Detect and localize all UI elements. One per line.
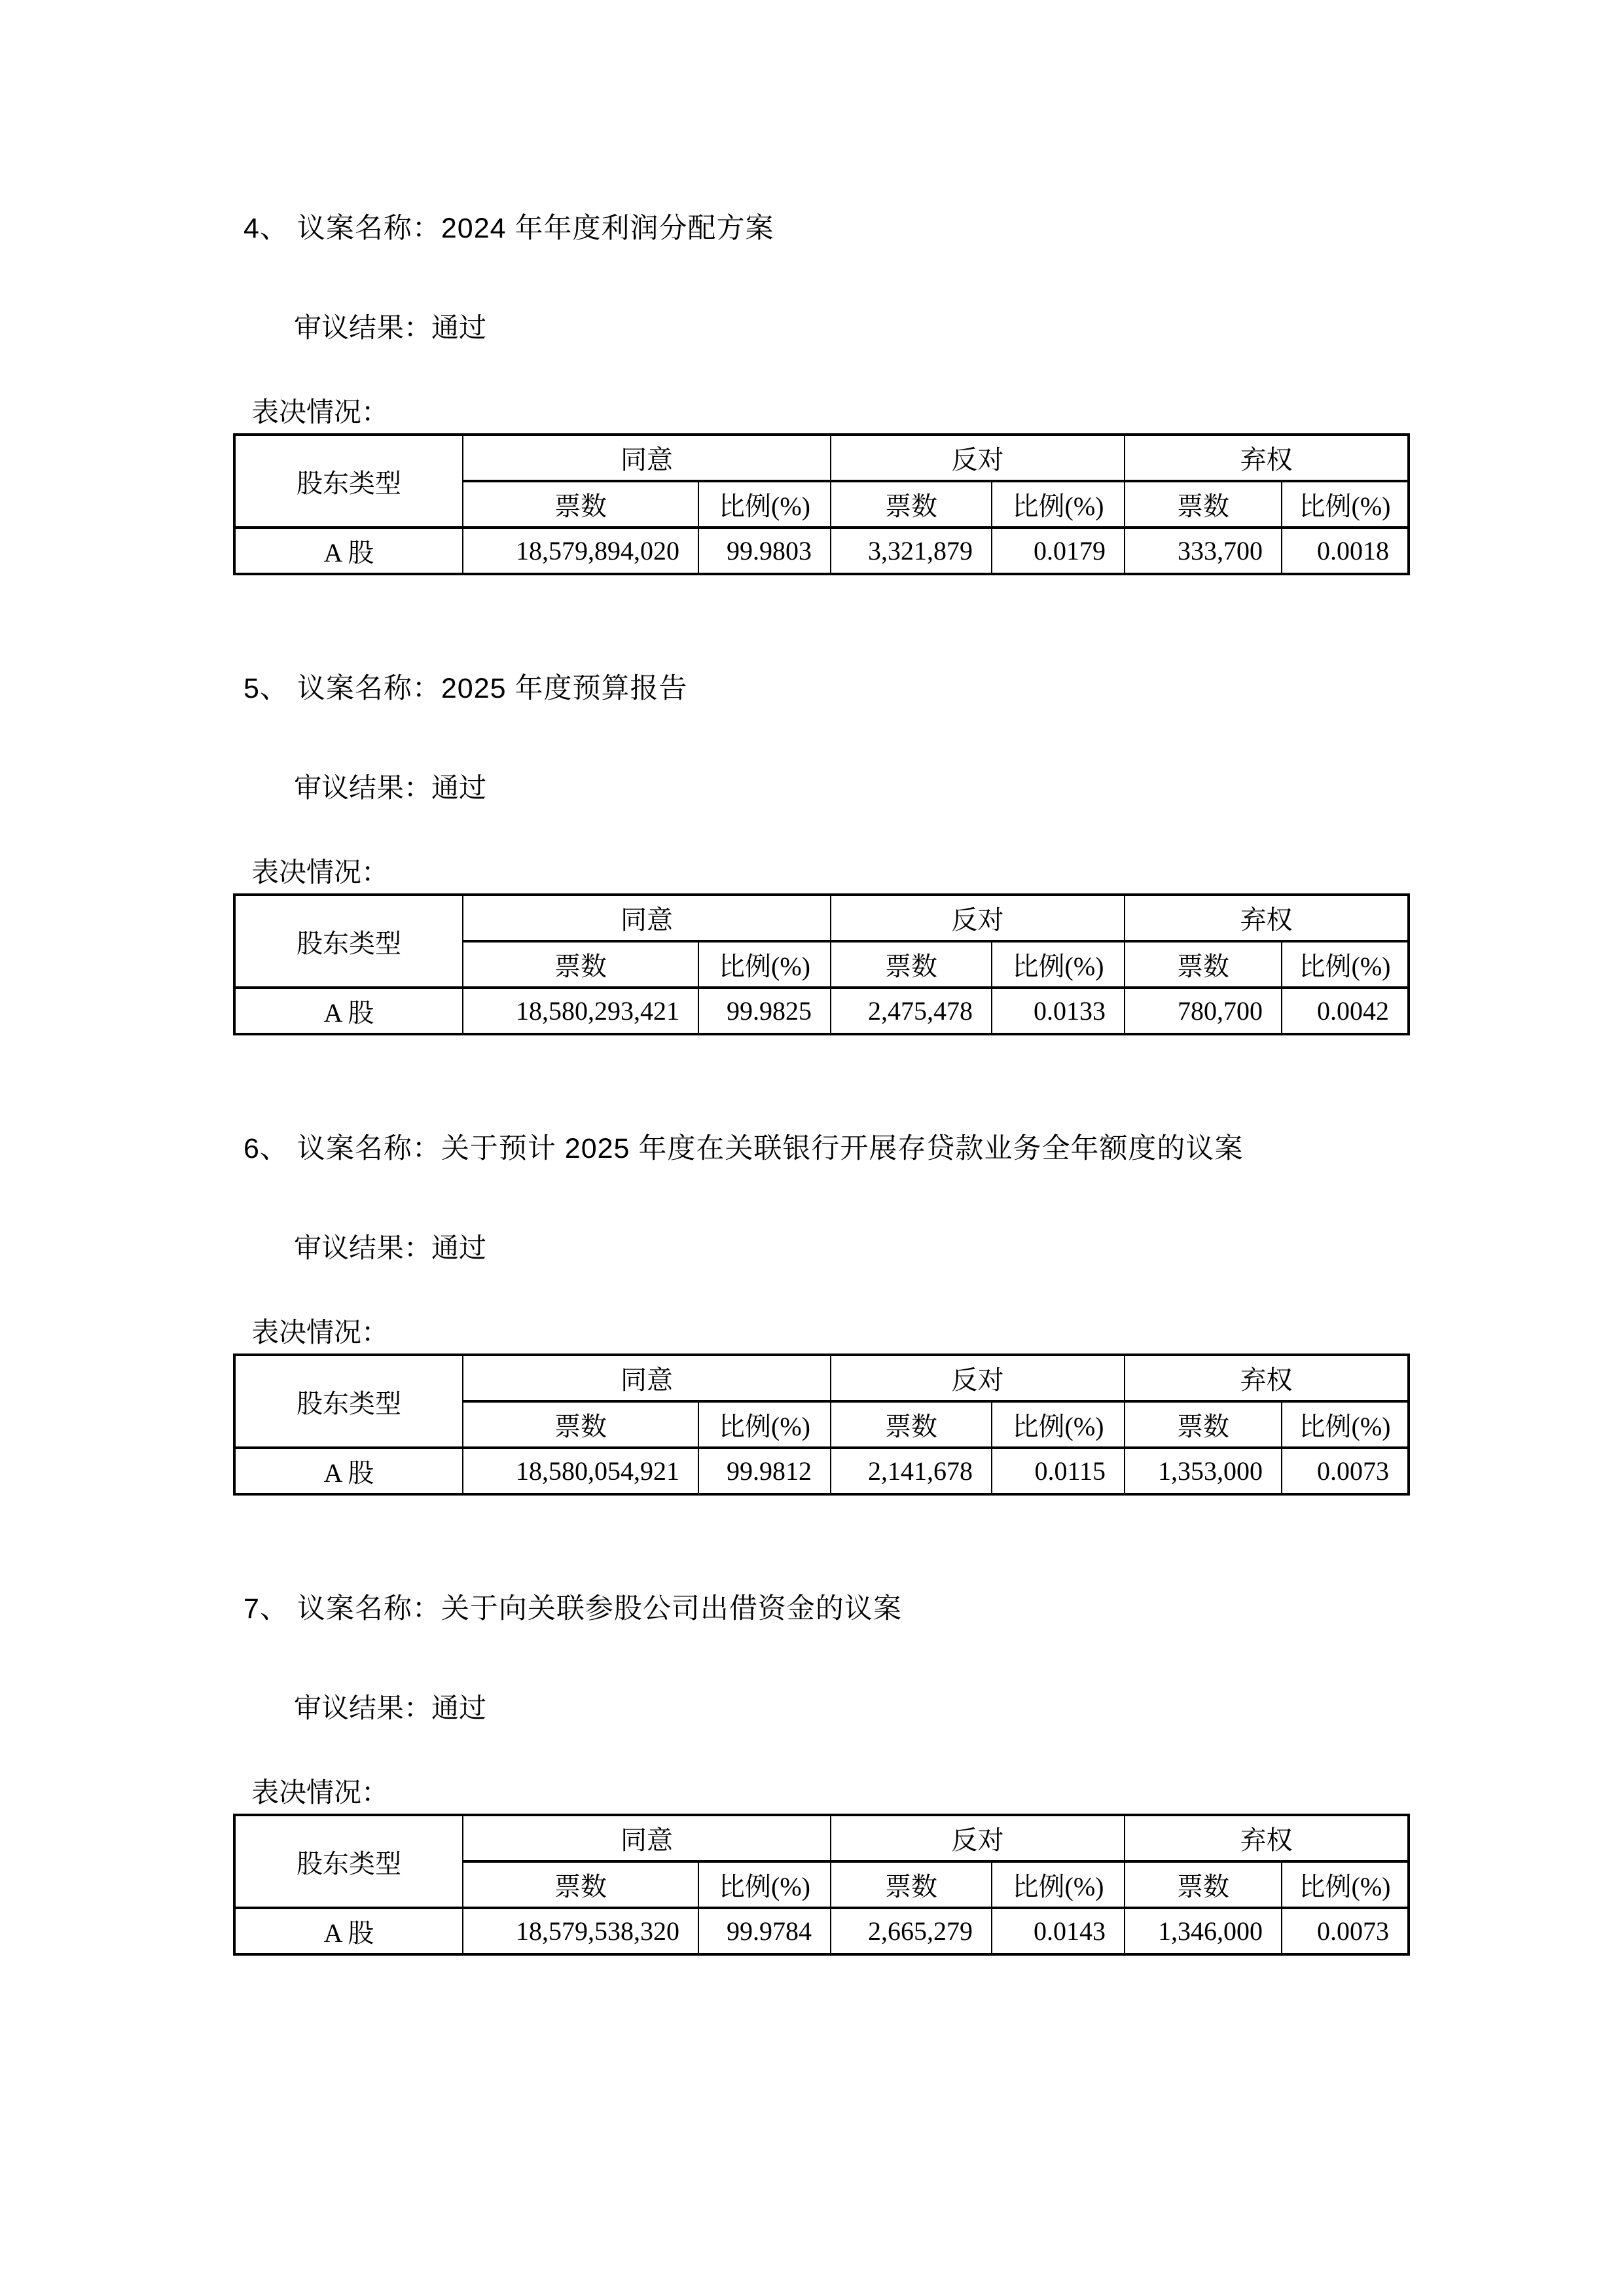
abstain-ratio-cell: 0.0018 [1282,528,1409,574]
abstain-ratio-cell: 0.0073 [1282,1448,1409,1494]
col-abstain: 弃权 [1125,435,1409,481]
col-agree: 同意 [463,895,831,941]
col-agree-ratio: 比例(%) [698,1401,831,1448]
abstain-votes-cell: 1,353,000 [1125,1448,1282,1494]
review-result: 审议结果：通过 [294,774,1407,804]
col-abstain: 弃权 [1125,1815,1409,1861]
table-row: A 股 18,579,538,320 99.9784 2,665,279 0.0… [234,1908,1409,1954]
against-votes-cell: 2,665,279 [831,1908,992,1954]
col-against-ratio: 比例(%) [992,481,1125,528]
col-against-votes: 票数 [831,1401,992,1448]
col-against: 反对 [831,1355,1125,1401]
proposal-title: 7、 议案名称：关于向关联参股公司出借资金的议案 [244,1594,1407,1624]
col-agree-ratio: 比例(%) [698,1861,831,1908]
abstain-ratio-cell: 0.0042 [1282,988,1409,1034]
col-abstain-votes: 票数 [1125,481,1282,528]
col-agree-ratio: 比例(%) [698,481,831,528]
agree-ratio-cell: 99.9803 [698,528,831,574]
col-against-ratio: 比例(%) [992,941,1125,988]
proposal-title: 6、 议案名称：关于预计 2025 年度在关联银行开展存贷款业务全年额度的议案 [244,1134,1407,1164]
col-abstain-votes: 票数 [1125,1861,1282,1908]
col-against-votes: 票数 [831,1861,992,1908]
against-ratio-cell: 0.0179 [992,528,1125,574]
shareholder-type-cell: A 股 [234,1448,463,1494]
agree-votes-cell: 18,579,894,020 [463,528,698,574]
col-shareholder-type: 股东类型 [234,1815,463,1908]
abstain-votes-cell: 1,346,000 [1125,1908,1282,1954]
col-abstain-ratio: 比例(%) [1282,481,1409,528]
col-abstain-ratio: 比例(%) [1282,1861,1409,1908]
proposal-title: 4、 议案名称：2024 年年度利润分配方案 [244,213,1407,243]
review-result: 审议结果：通过 [294,1694,1407,1724]
agree-ratio-cell: 99.9825 [698,988,831,1034]
col-agree-votes: 票数 [463,481,698,528]
col-against-votes: 票数 [831,481,992,528]
col-agree-votes: 票数 [463,941,698,988]
col-against: 反对 [831,1815,1125,1861]
shareholder-type-cell: A 股 [234,988,463,1034]
col-against-votes: 票数 [831,941,992,988]
col-agree: 同意 [463,1815,831,1861]
against-votes-cell: 2,475,478 [831,988,992,1034]
document-content: 4、 议案名称：2024 年年度利润分配方案 审议结果：通过 表决情况： 股东类… [233,213,1407,2054]
proposal-section-6: 6、 议案名称：关于预计 2025 年度在关联银行开展存贷款业务全年额度的议案 … [233,1134,1407,1496]
col-abstain: 弃权 [1125,1355,1409,1401]
shareholder-type-cell: A 股 [234,528,463,574]
abstain-ratio-cell: 0.0073 [1282,1908,1409,1954]
document-page: 4、 议案名称：2024 年年度利润分配方案 审议结果：通过 表决情况： 股东类… [0,0,1624,2296]
col-abstain-ratio: 比例(%) [1282,941,1409,988]
col-agree-votes: 票数 [463,1861,698,1908]
voting-table: 股东类型 同意 反对 弃权 票数 比例(%) 票数 比例(%) 票数 比例(%) [233,433,1410,575]
agree-ratio-cell: 99.9812 [698,1448,831,1494]
voting-table: 股东类型 同意 反对 弃权 票数 比例(%) 票数 比例(%) 票数 比例(%) [233,1814,1410,1956]
col-against: 反对 [831,435,1125,481]
col-agree: 同意 [463,1355,831,1401]
voting-table: 股东类型 同意 反对 弃权 票数 比例(%) 票数 比例(%) 票数 比例(%) [233,893,1410,1035]
voting-status-label: 表决情况： [251,858,1407,888]
abstain-votes-cell: 333,700 [1125,528,1282,574]
col-abstain: 弃权 [1125,895,1409,941]
abstain-votes-cell: 780,700 [1125,988,1282,1034]
against-votes-cell: 2,141,678 [831,1448,992,1494]
col-abstain-votes: 票数 [1125,1401,1282,1448]
proposal-section-7: 7、 议案名称：关于向关联参股公司出借资金的议案 审议结果：通过 表决情况： 股… [233,1594,1407,1956]
col-agree: 同意 [463,435,831,481]
table-row: A 股 18,580,293,421 99.9825 2,475,478 0.0… [234,988,1409,1034]
col-against: 反对 [831,895,1125,941]
table-row: A 股 18,579,894,020 99.9803 3,321,879 0.0… [234,528,1409,574]
proposal-section-5: 5、 议案名称：2025 年度预算报告 审议结果：通过 表决情况： 股东类型 同… [233,673,1407,1035]
col-agree-votes: 票数 [463,1401,698,1448]
table-row: A 股 18,580,054,921 99.9812 2,141,678 0.0… [234,1448,1409,1494]
against-ratio-cell: 0.0143 [992,1908,1125,1954]
agree-ratio-cell: 99.9784 [698,1908,831,1954]
col-against-ratio: 比例(%) [992,1401,1125,1448]
proposal-section-4: 4、 议案名称：2024 年年度利润分配方案 审议结果：通过 表决情况： 股东类… [233,213,1407,575]
col-shareholder-type: 股东类型 [234,895,463,988]
against-ratio-cell: 0.0115 [992,1448,1125,1494]
against-ratio-cell: 0.0133 [992,988,1125,1034]
col-shareholder-type: 股东类型 [234,1355,463,1448]
col-abstain-votes: 票数 [1125,941,1282,988]
review-result: 审议结果：通过 [294,314,1407,344]
agree-votes-cell: 18,580,293,421 [463,988,698,1034]
voting-table: 股东类型 同意 反对 弃权 票数 比例(%) 票数 比例(%) 票数 比例(%) [233,1354,1410,1496]
review-result: 审议结果：通过 [294,1234,1407,1264]
col-against-ratio: 比例(%) [992,1861,1125,1908]
shareholder-type-cell: A 股 [234,1908,463,1954]
agree-votes-cell: 18,580,054,921 [463,1448,698,1494]
voting-status-label: 表决情况： [251,1318,1407,1348]
against-votes-cell: 3,321,879 [831,528,992,574]
voting-status-label: 表决情况： [251,1778,1407,1808]
agree-votes-cell: 18,579,538,320 [463,1908,698,1954]
col-agree-ratio: 比例(%) [698,941,831,988]
proposal-title: 5、 议案名称：2025 年度预算报告 [244,673,1407,704]
col-shareholder-type: 股东类型 [234,435,463,528]
voting-status-label: 表决情况： [251,398,1407,428]
col-abstain-ratio: 比例(%) [1282,1401,1409,1448]
